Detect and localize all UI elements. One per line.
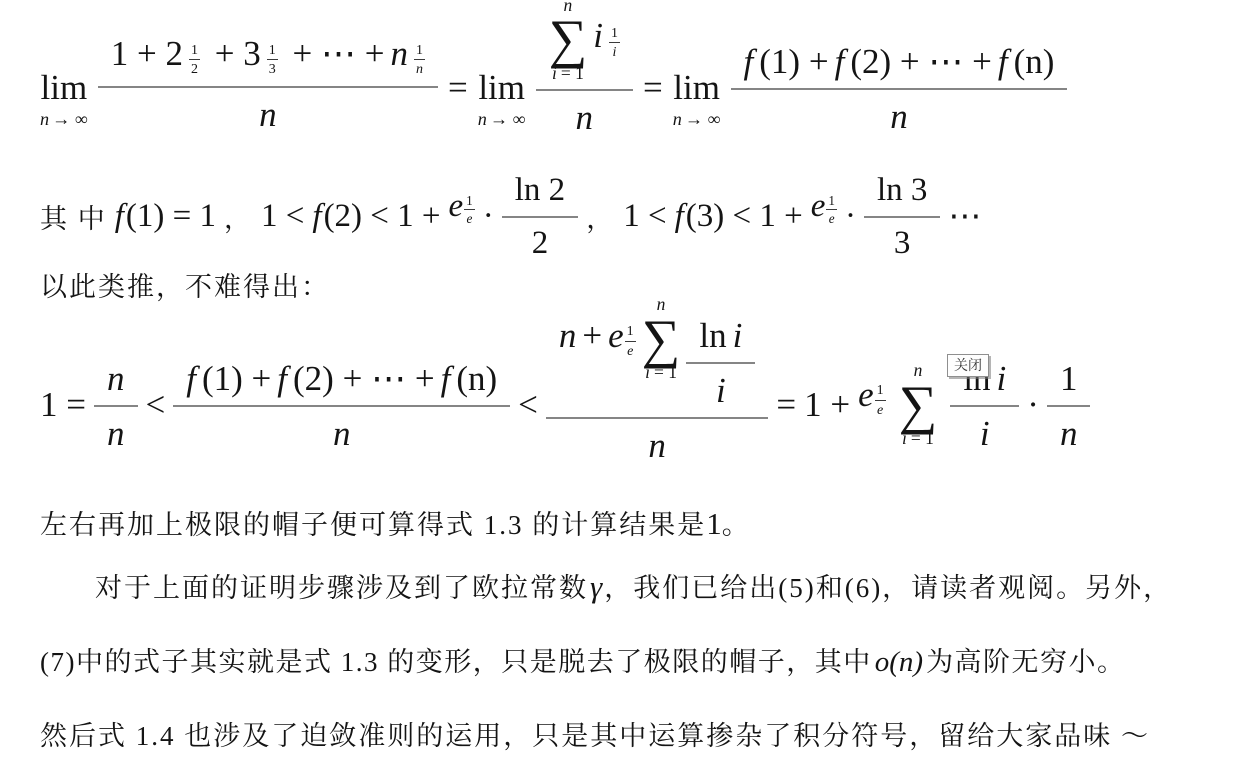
exp-top: 1 — [826, 193, 837, 211]
sum-index: i — [902, 430, 907, 448]
exponent-fraction: 1e — [826, 193, 837, 228]
math-token: (1) = 1 — [126, 198, 216, 235]
lim-word: lim — [41, 70, 88, 105]
denominator: n — [1047, 405, 1091, 453]
math-token: f — [312, 198, 321, 235]
lim-sub-var: n — [40, 110, 49, 128]
numerator: 1 — [1047, 357, 1091, 405]
equation-f-bounds: 其 中 f (1) = 1 ， 1 < f (2) < 1 + e1e · ln… — [0, 172, 1240, 260]
math-token: f — [115, 198, 124, 235]
math-token: 1 = — [40, 385, 86, 425]
lim-sub-var: n — [673, 110, 682, 128]
fraction-root-series: 1 + 212 + 313 + ⋯ +n1n n — [98, 32, 438, 134]
exp-top: 1 — [414, 42, 425, 61]
math-token: 2 — [532, 225, 549, 261]
numerator: n+e1e n ∑ i = 1 lni i — [546, 294, 768, 417]
comma: ， — [586, 197, 615, 236]
sum-start: = 1 — [561, 65, 584, 83]
sum-index: i — [645, 364, 650, 382]
math-token: (3) < 1 + — [686, 198, 803, 235]
math-token: i — [593, 16, 603, 55]
paragraph-text: (7)中的式子其实就是式 1.3 的变形，只是脱去了极限的帽子，其中 — [40, 647, 872, 677]
math-token: (1) + — [202, 359, 271, 398]
exponent-fraction: 13 — [267, 42, 278, 79]
exponent-fraction: 1i — [609, 25, 620, 62]
lim-sub-arrow: → ∞ — [685, 110, 721, 128]
math-token: i — [716, 371, 726, 410]
math-token: + ⋯ + — [293, 34, 385, 73]
math-token: n — [391, 34, 409, 73]
denominator: i — [950, 405, 1019, 453]
fraction-n-over-n: n n — [94, 357, 138, 453]
exp-top: 1 — [267, 42, 278, 61]
exp-bottom: e — [467, 210, 473, 228]
denominator: 2 — [502, 216, 578, 262]
math-token: n — [107, 414, 125, 453]
sum-lower: i = 1 — [902, 430, 934, 448]
fraction-ln3-over-3: ln 3 3 — [864, 170, 940, 262]
math-token: n — [259, 95, 277, 134]
math-token: n — [333, 414, 351, 453]
sigma-symbol: ∑ — [549, 17, 588, 61]
summation: n ∑ i = 1 — [642, 296, 681, 381]
paragraph-euler: 对于上面的证明步骤涉及到了欧拉常数γ，我们已给出(5)和(6)，请读者观阅。另外… — [0, 571, 1240, 604]
exp-top: 1 — [189, 42, 200, 61]
exponent-fraction: 1n — [414, 42, 425, 79]
math-token: f — [998, 42, 1008, 81]
math-token: e — [811, 188, 826, 224]
denominator: n — [173, 405, 510, 453]
little-o-notation: o(n) — [872, 646, 926, 678]
denominator: n — [98, 86, 438, 134]
e-power-inv-e: e1e — [811, 188, 837, 228]
math-token: ln 3 — [877, 172, 927, 208]
math-token: n — [890, 97, 908, 136]
exp-bottom: i — [613, 43, 617, 62]
equals-sign: = — [643, 68, 663, 108]
math-token: i — [997, 359, 1007, 398]
math-token: 1 + — [804, 385, 850, 425]
exp-top: 1 — [625, 323, 636, 342]
sigma-symbol: ∑ — [899, 383, 938, 427]
equation-squeeze: 1 = n n < f(1) +f(2) + ⋯ +f(n) n < n+e1e… — [0, 314, 1240, 496]
exp-bottom: e — [877, 401, 883, 420]
less-than-sign: < — [146, 385, 166, 425]
math-token: (1) + — [759, 42, 828, 81]
math-token: i — [980, 414, 990, 453]
sum-index: i — [552, 65, 557, 83]
inline-text: 其 中 — [40, 197, 107, 236]
plus-sign: + — [582, 316, 602, 355]
math-token: 1 + 2 — [111, 34, 183, 73]
denominator: n — [546, 417, 768, 465]
math-token: (n) — [1014, 42, 1055, 81]
math-token: f — [835, 42, 845, 81]
sum-start: = 1 — [654, 364, 677, 382]
paragraph-text: 为高阶无穷小。 — [926, 647, 1126, 677]
lim-subscript: n → ∞ — [673, 110, 721, 128]
denominator: n — [731, 88, 1068, 136]
math-token: n — [648, 426, 666, 465]
denominator: n — [536, 89, 633, 137]
equation-limit-chain: lim n → ∞ 1 + 212 + 313 + ⋯ +n1n n = lim… — [0, 0, 1240, 172]
ellipsis: ⋯ — [948, 196, 981, 236]
close-button[interactable]: 关闭 — [947, 354, 989, 377]
math-token: n — [576, 98, 594, 137]
denominator: 3 — [864, 216, 940, 262]
dot-operator: · — [845, 198, 856, 235]
paragraph-text: 左右再加上极限的帽子便可算得式 1.3 的计算结果是 — [40, 510, 706, 540]
exponent-fraction: 1e — [464, 193, 475, 228]
e-power-inv-e: e1e — [449, 188, 475, 228]
math-token: 1 < — [261, 198, 304, 235]
math-token: n — [107, 359, 125, 398]
paragraph-text: ，我们已给出(5)和(6)，请读者观阅。另外， — [604, 573, 1172, 603]
lim-sub-var: n — [478, 110, 487, 128]
fraction-sum-i: n ∑ i = 1 i1i n — [536, 0, 633, 137]
less-than-sign: < — [518, 385, 538, 425]
exp-bottom: 2 — [191, 60, 198, 79]
numerator: n ∑ i = 1 i1i — [536, 0, 633, 89]
dot-operator: · — [483, 198, 494, 235]
limit-operator: lim n → ∞ — [478, 70, 526, 128]
equals-sign: = — [448, 68, 468, 108]
paragraph-text: 。 — [722, 510, 751, 540]
lim-subscript: n → ∞ — [40, 110, 88, 128]
sum-lower: i = 1 — [645, 364, 677, 382]
lim-sub-arrow: → ∞ — [52, 110, 88, 128]
denominator: n — [94, 405, 138, 453]
math-token: (2) + ⋯ + — [850, 42, 992, 81]
fraction-n-plus-sum: n+e1e n ∑ i = 1 lni i n — [546, 294, 768, 465]
math-token: e — [449, 188, 464, 224]
exp-bottom: 3 — [269, 60, 276, 79]
sigma-symbol: ∑ — [642, 317, 681, 361]
math-token: n — [559, 316, 577, 355]
exponent-fraction: 12 — [189, 42, 200, 79]
lim-word: lim — [673, 70, 720, 105]
numerator: 1 + 212 + 313 + ⋯ +n1n — [98, 32, 438, 86]
limit-operator: lim n → ∞ — [40, 70, 88, 128]
math-token: 1 — [706, 506, 722, 541]
exp-bottom: e — [627, 342, 633, 361]
math-token: 3 — [894, 225, 911, 261]
exp-bottom: n — [416, 60, 423, 79]
numerator: f(1) +f(2) + ⋯ +f(n) — [173, 357, 510, 405]
math-token: 1 < — [623, 198, 666, 235]
fraction-ln2-over-2: ln 2 2 — [502, 170, 578, 262]
paragraph-result: 左右再加上极限的帽子便可算得式 1.3 的计算结果是1。 — [0, 508, 1240, 541]
fraction-f-series: f(1) +f(2) + ⋯ +f(n) n — [173, 357, 510, 453]
math-token: (2) + ⋯ + — [293, 359, 435, 398]
equals-sign: = — [776, 385, 796, 425]
numerator: f(1) +f(2) + ⋯ +f(n) — [731, 40, 1068, 88]
numerator: ln 2 — [502, 170, 578, 216]
sum-lower: i = 1 — [552, 65, 584, 83]
fraction-lni-over-i: lni i — [686, 314, 755, 410]
numerator: lni — [686, 314, 755, 362]
math-token: i — [733, 316, 743, 355]
math-token: ln — [699, 316, 726, 355]
numerator: n — [94, 357, 138, 405]
lim-word: lim — [478, 70, 525, 105]
sum-start: = 1 — [911, 430, 934, 448]
lim-subscript: n → ∞ — [478, 110, 526, 128]
exp-top: 1 — [609, 25, 620, 44]
math-token: e — [608, 316, 624, 355]
inline-text: 以此类推，不难得出： — [40, 265, 330, 304]
math-token: n — [1060, 414, 1078, 453]
exp-top: 1 — [464, 193, 475, 211]
fraction-f-series: f(1) +f(2) + ⋯ +f(n) n — [731, 40, 1068, 136]
lim-sub-arrow: → ∞ — [490, 110, 526, 128]
exponent-fraction: 1e — [625, 323, 636, 360]
math-token: f — [744, 42, 754, 81]
math-token: 1 — [1060, 359, 1078, 398]
math-token: ln 2 — [515, 172, 565, 208]
denominator: i — [686, 362, 755, 410]
math-token: e — [858, 375, 874, 414]
exp-bottom: e — [829, 210, 835, 228]
paragraph-squeeze-note: 然后式 1.4 也涉及了迫敛准则的运用，只是其中运算掺杂了积分符号，留给大家品味… — [0, 720, 1240, 752]
fraction-1-over-n: 1 n — [1047, 357, 1091, 453]
e-power-inv-e: e1e — [858, 375, 886, 419]
exponent-fraction: 1e — [875, 382, 886, 419]
gamma-symbol: γ — [588, 569, 604, 604]
comma: ， — [224, 197, 253, 236]
paragraph-text: 对于上面的证明步骤涉及到了欧拉常数 — [95, 573, 588, 603]
numerator: ln 3 — [864, 170, 940, 216]
math-token: (2) < 1 + — [324, 198, 441, 235]
paragraph-text: 然后式 1.4 也涉及了迫敛准则的运用，只是其中运算掺杂了积分符号，留给大家品味… — [40, 721, 1150, 751]
document-page: lim n → ∞ 1 + 212 + 313 + ⋯ +n1n n = lim… — [0, 0, 1240, 768]
limit-operator: lim n → ∞ — [673, 70, 721, 128]
math-token: (n) — [456, 359, 497, 398]
summation: n ∑ i = 1 — [549, 0, 588, 82]
math-token: f — [186, 359, 196, 398]
exp-top: 1 — [875, 382, 886, 401]
paragraph-variant: (7)中的式子其实就是式 1.3 的变形，只是脱去了极限的帽子，其中o(n)为高… — [0, 646, 1240, 678]
math-token: f — [675, 198, 684, 235]
e-power-inv-e: e1e — [608, 316, 636, 360]
dot-operator: · — [1027, 385, 1039, 425]
math-token: f — [277, 359, 287, 398]
math-token: f — [441, 359, 451, 398]
summation: n ∑ i = 1 — [899, 362, 938, 447]
math-token: + 3 — [215, 34, 261, 73]
